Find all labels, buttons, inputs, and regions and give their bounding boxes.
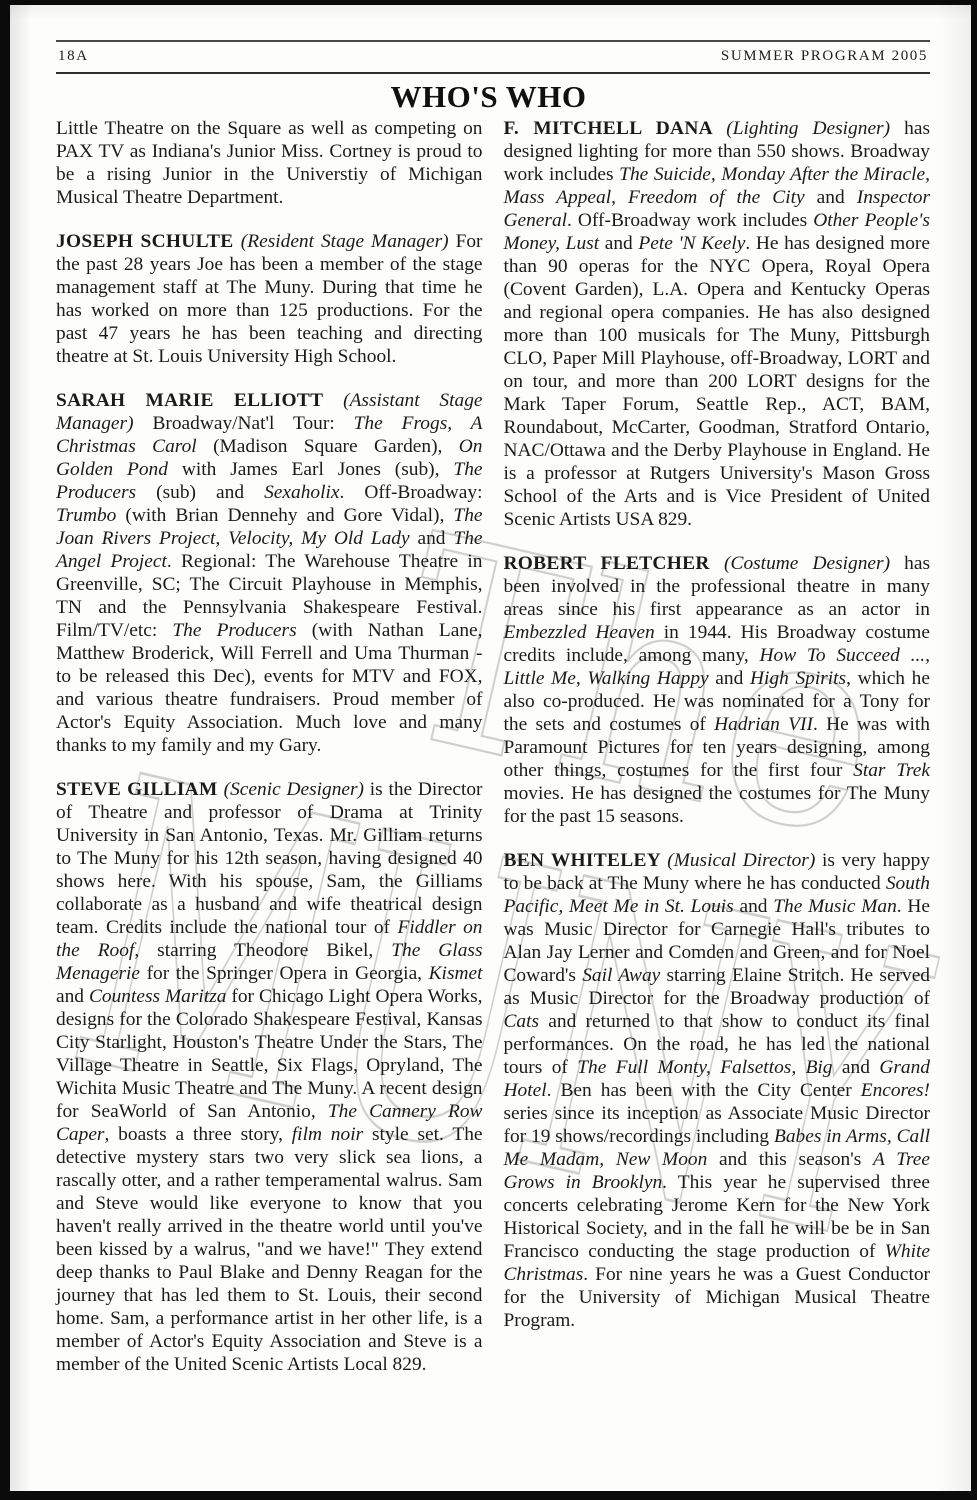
scan-edge-top: [0, 0, 977, 5]
bio-text-segment: Kismet: [429, 963, 483, 984]
bio-text-segment: Cats: [504, 1011, 549, 1032]
bio-text-segment: (Scenic Designer): [224, 779, 370, 800]
bio-text-segment: STEVE GILLIAM: [56, 779, 224, 800]
bio-paragraph: STEVE GILLIAM (Scenic Designer) is the D…: [56, 778, 483, 1376]
program-page: The MUNY 18A SUMMER PROGRAM 2005 WHO'S W…: [0, 0, 977, 1500]
bio-text-segment: and: [418, 528, 454, 549]
bio-text-segment: Little Theatre on the Square as well as …: [56, 118, 483, 208]
bio-text-segment: BEN WHITELEY: [504, 850, 668, 871]
bio-text-segment: Embezzled Heaven: [504, 622, 664, 643]
bio-text-segment: ROBERT FLETCHER: [504, 553, 725, 574]
bio-text-segment: . Off-Broadway:: [339, 482, 482, 503]
bio-paragraph: SARAH MARIE ELLIOTT (Assistant Stage Man…: [56, 389, 483, 757]
bio-text-segment: for the Springer Opera in Georgia,: [147, 963, 429, 984]
scan-shadow-right: [937, 0, 971, 1500]
bio-text-segment: movies. He has designed the costumes for…: [504, 783, 931, 827]
bio-text-segment: High Spirits: [750, 668, 846, 689]
bio-text-segment: The Music Man: [773, 896, 897, 917]
bio-text-segment: Trumbo: [56, 505, 125, 526]
bio-text-segment: . Ben has been with the City Center: [547, 1080, 861, 1101]
left-column: Little Theatre on the Square as well as …: [56, 117, 483, 1397]
bio-text-segment: . He has designed more than 90 operas fo…: [504, 233, 931, 530]
bio-text-segment: Pete 'N Keely: [638, 233, 745, 254]
bio-text-segment: . Off-Broadway work includes: [567, 210, 813, 231]
bio-text-segment: SARAH MARIE ELLIOTT: [56, 390, 343, 411]
bio-text-segment: and this season's: [719, 1149, 873, 1170]
bio-text-segment: JOSEPH SCHULTE: [56, 231, 241, 252]
bio-text-segment: Sexaholix: [264, 482, 339, 503]
bio-text-segment: and: [817, 187, 857, 208]
bio-text-segment: film noir: [292, 1124, 372, 1145]
bio-paragraph: ROBERT FLETCHER (Costume Designer) has b…: [504, 552, 931, 828]
bio-text-segment: The Full Monty, Falsettos, Big: [577, 1057, 842, 1078]
bio-text-segment: Sail Away: [582, 965, 666, 986]
bio-text-segment: (Madison Square Garden),: [213, 436, 459, 457]
bio-text-segment: F. MITCHELL DANA: [504, 118, 727, 139]
bio-text-segment: Star Trek: [853, 760, 930, 781]
bio-text-segment: with James Earl Jones (sub),: [182, 459, 454, 480]
bio-text-segment: The Producers: [172, 620, 311, 641]
bio-text-segment: (Musical Director): [667, 850, 822, 871]
bio-paragraph: Little Theatre on the Square as well as …: [56, 117, 483, 209]
bio-text-segment: Encores!: [861, 1080, 930, 1101]
bio-text-segment: (sub) and: [156, 482, 264, 503]
page-header: 18A SUMMER PROGRAM 2005: [56, 40, 930, 74]
right-column: F. MITCHELL DANA (Lighting Designer) has…: [504, 117, 931, 1397]
bio-text-segment: and: [56, 986, 89, 1007]
bio-text-segment: (Costume Designer): [724, 553, 904, 574]
bio-text-segment: (Resident Stage Manager): [241, 231, 456, 252]
bio-text-segment: Countess Maritza: [89, 986, 231, 1007]
bio-text-segment: , starring Theodore Bikel,: [134, 940, 391, 961]
bio-text-segment: style set. The detective mystery stars t…: [56, 1124, 483, 1375]
bio-text-segment: and: [715, 668, 750, 689]
bio-text-segment: Hadrian VII: [714, 714, 813, 735]
program-title: SUMMER PROGRAM 2005: [721, 48, 928, 65]
scan-edge-right: [971, 0, 977, 1500]
bio-text-segment: (with Brian Dennehy and Gore Vidal),: [125, 505, 453, 526]
bio-text-segment: is the Director of Theatre and professor…: [56, 779, 483, 938]
scan-shadow-left: [10, 0, 32, 1500]
scan-edge-bottom: [0, 1491, 977, 1500]
bio-text-segment: and: [605, 233, 639, 254]
bio-text-segment: (Lighting Designer): [726, 118, 904, 139]
scan-shadow-top: [0, 5, 977, 19]
bio-paragraph: BEN WHITELEY (Musical Director) is very …: [504, 849, 931, 1332]
page-title: WHO'S WHO: [0, 79, 977, 115]
bio-text-segment: , boasts a three story,: [104, 1124, 291, 1145]
bio-paragraph: F. MITCHELL DANA (Lighting Designer) has…: [504, 117, 931, 531]
bio-text-segment: and: [739, 896, 773, 917]
page-number: 18A: [58, 48, 89, 65]
bio-text-segment: Broadway/Nat'l Tour:: [152, 413, 353, 434]
bio-columns: Little Theatre on the Square as well as …: [56, 117, 930, 1397]
bio-text-segment: and: [842, 1057, 879, 1078]
scan-edge-left: [0, 0, 10, 1500]
bio-paragraph: JOSEPH SCHULTE (Resident Stage Manager) …: [56, 230, 483, 368]
